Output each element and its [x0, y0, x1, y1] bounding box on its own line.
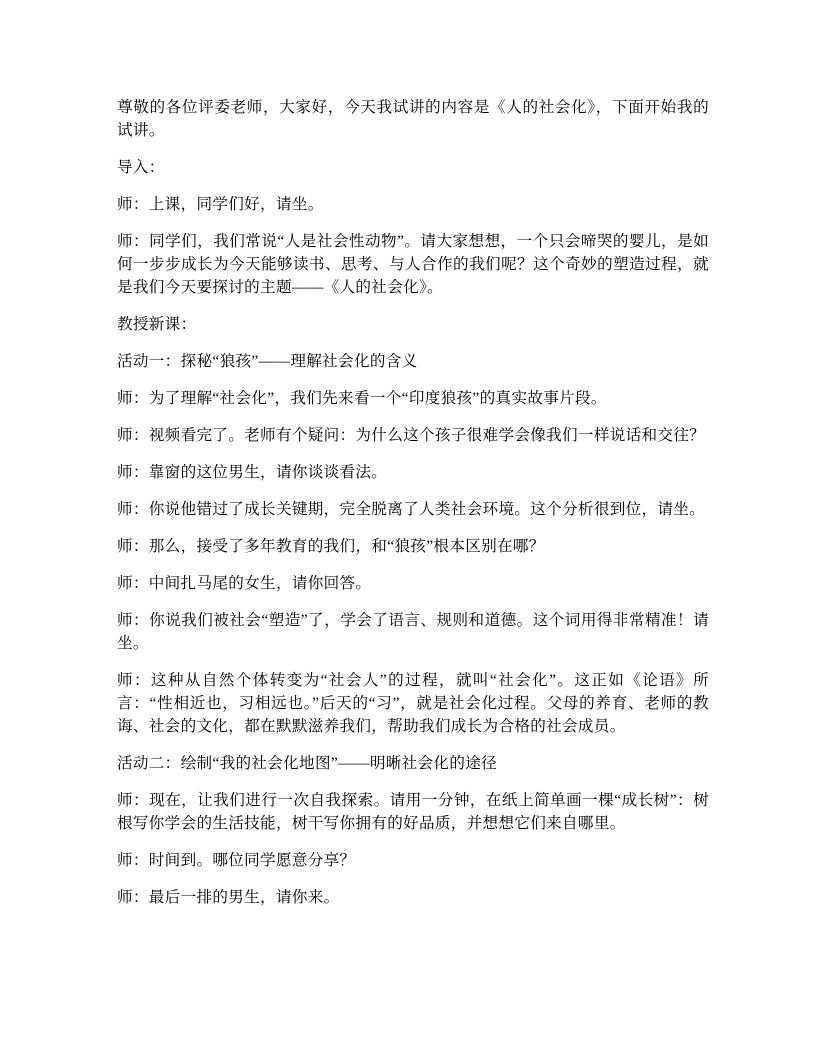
teacher-line: 师：现在，让我们进行一次自我探索。请用一分钟，在纸上简单画一棵“成长树”：树根写…	[117, 789, 709, 835]
teacher-line: 师：那么，接受了多年教育的我们，和“狼孩”根本区别在哪？	[117, 535, 709, 558]
teacher-line: 师：你说他错过了成长关键期，完全脱离了人类社会环境。这个分析很到位，请坐。	[117, 498, 709, 521]
teacher-line: 师：中间扎马尾的女生，请你回答。	[117, 572, 709, 595]
teacher-line: 师：为了理解“社会化”，我们先来看一个“印度狼孩”的真实故事片段。	[117, 387, 709, 410]
teacher-line: 师：同学们，我们常说“人是社会性动物”。请大家想想，一个只会啼哭的婴儿，是如何一…	[117, 230, 709, 299]
teacher-line: 师：时间到。哪位同学愿意分享？	[117, 849, 709, 872]
document-page: 尊敬的各位评委老师，大家好，今天我试讲的内容是《人的社会化》，下面开始我的试讲。…	[117, 96, 709, 923]
teacher-line: 师：你说我们被社会“塑造”了，学会了语言、规则和道德。这个词用得非常精准！请坐。	[117, 609, 709, 655]
section-heading-introduction: 导入：	[117, 156, 709, 179]
activity-heading-one: 活动一：探秘“狼孩”——理解社会化的含义	[117, 350, 709, 373]
teacher-line: 师：靠窗的这位男生，请你谈谈看法。	[117, 461, 709, 484]
teacher-line: 师：最后一排的男生，请你来。	[117, 886, 709, 909]
section-heading-new-lesson: 教授新课：	[117, 313, 709, 336]
activity-heading-two: 活动二：绘制“我的社会化地图”——明晰社会化的途径	[117, 752, 709, 775]
teacher-line: 师：这种从自然个体转变为“社会人”的过程，就叫“社会化”。这正如《论语》所言：“…	[117, 669, 709, 738]
teacher-line: 师：上课，同学们好，请坐。	[117, 193, 709, 216]
teacher-line: 师：视频看完了。老师有个疑问：为什么这个孩子很难学会像我们一样说话和交往？	[117, 424, 709, 447]
opening-greeting: 尊敬的各位评委老师，大家好，今天我试讲的内容是《人的社会化》，下面开始我的试讲。	[117, 96, 709, 142]
